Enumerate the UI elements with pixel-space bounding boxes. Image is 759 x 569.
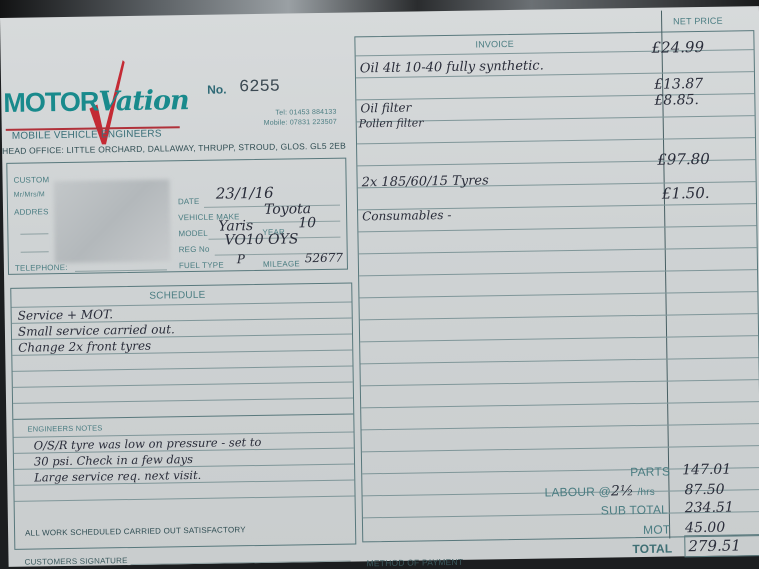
customer-title-label: Mr/Mrs/M	[14, 191, 45, 198]
customer-label: CUSTOM	[13, 175, 49, 185]
parts-label: PARTS	[630, 465, 670, 480]
rule-line	[15, 495, 355, 501]
labour-hours-value: 2½	[611, 483, 634, 499]
parts-value: 147.01	[682, 462, 731, 479]
schedule-title: SCHEDULE	[149, 290, 205, 302]
schedule-line: Change 2x front tyres	[18, 339, 151, 355]
telephone-line	[75, 269, 167, 271]
invoice-item-description: Pollen filter	[359, 116, 424, 130]
schedule-line: Service + MOT.	[18, 307, 114, 322]
head-office-address: HEAD OFFICE: LITTLE ORCHARD, DALLAWAY, T…	[2, 141, 346, 156]
fuel-type-value: P	[237, 252, 245, 266]
make-line	[246, 221, 340, 223]
date-label: DATE	[178, 197, 200, 206]
invoice-item-description: Consumables -	[362, 208, 451, 223]
total-value: 279.51	[688, 536, 741, 555]
total-label: TOTAL	[632, 542, 672, 557]
net-price-header: NET PRICE	[673, 16, 723, 27]
customer-address-label: ADDRES	[14, 207, 49, 217]
invoice-title: INVOICE	[475, 39, 514, 50]
mot-label: MOT	[643, 523, 670, 537]
engineers-note-line: 30 psi. Check in a few days	[34, 452, 193, 468]
telephone-label: TELEPHONE:	[15, 263, 68, 273]
date-value: 23/1/16	[216, 184, 274, 203]
address-line	[21, 251, 49, 252]
customer-redacted-block	[54, 179, 171, 263]
signature-line[interactable]	[131, 561, 351, 565]
rule-line	[361, 379, 759, 386]
address-line	[20, 233, 48, 234]
invoice-box: INVOICE NET PRICE Oil 4lt 10-40 fully sy…	[354, 30, 759, 542]
invoice-item-description: Oil 4lt 10-40 fully synthetic.	[360, 58, 544, 76]
schedule-line: Small service carried out.	[18, 322, 175, 338]
invoice-item-price: £8.85.	[654, 92, 699, 109]
engineers-note-line: Large service req. next visit.	[34, 468, 201, 485]
company-telephone: Tel: 01453 884133	[275, 109, 336, 117]
rule-line	[13, 366, 353, 372]
invoice-item-description: Oil filter	[360, 101, 411, 116]
logo-text-vation: Vation	[98, 85, 189, 117]
rule-line	[361, 401, 759, 408]
labour-label-prefix: LABOUR @	[544, 484, 611, 499]
rule-line	[360, 357, 758, 364]
rule-line	[359, 247, 757, 254]
labour-value: 87.50	[684, 482, 724, 499]
rule-line	[360, 313, 758, 320]
rule-line	[13, 398, 353, 404]
rule-line	[362, 423, 759, 430]
rule-line	[12, 302, 352, 308]
invoice-number: 6255	[239, 78, 280, 98]
satisfactory-statement: ALL WORK SCHEDULED CARRIED OUT SATISFACT…	[25, 525, 246, 537]
year-value: 10	[298, 215, 316, 231]
rule-line	[359, 291, 757, 298]
company-tagline: MOBILE VEHICLE ENGINEERS	[12, 128, 162, 141]
logo-text-motor: MOTOR	[3, 86, 98, 117]
reg-value: VO10 OYS	[224, 231, 298, 248]
labour-label-suffix: /hrs	[637, 487, 655, 498]
method-of-payment-label: METHOD OF PAYMENT	[367, 557, 464, 569]
rule-line	[359, 269, 757, 276]
invoice-item-price: £13.87	[654, 76, 703, 93]
mileage-label: MILEAGE	[263, 259, 300, 269]
invoice-item-price: £1.50.	[662, 184, 710, 203]
mileage-value: 52677	[305, 251, 343, 266]
invoice-item-description: 2x 185/60/15 Tyres	[362, 173, 489, 190]
company-logo: MOTORVation	[3, 85, 189, 119]
subtotal-value: 234.51	[685, 500, 734, 517]
customer-signature-label: CUSTOMERS SIGNATURE	[24, 556, 127, 567]
invoice-item-price: £24.99	[651, 38, 704, 57]
model-label: MODEL	[178, 229, 208, 238]
invoice-number-label: No.	[207, 82, 227, 96]
rule-line	[358, 225, 756, 232]
schedule-box: SCHEDULE Service + MOT. Small service ca…	[10, 283, 356, 550]
customer-vehicle-box: CUSTOM Mr/Mrs/M ADDRES TELEPHONE: DATE 2…	[6, 158, 348, 275]
subtotal-label: SUB TOTAL	[601, 503, 668, 518]
engineers-notes-title: ENGINEERS NOTES	[27, 423, 102, 433]
rule-line	[357, 137, 755, 144]
rule-line	[13, 382, 353, 388]
fuel-type-label: FUEL TYPE	[179, 261, 224, 271]
reg-label: REG No	[179, 245, 210, 254]
company-mobile: Mobile: 07831 223507	[264, 119, 337, 127]
labour-label: LABOUR @2½ /hrs	[544, 483, 655, 501]
invoice-item-price: £97.80	[657, 150, 710, 169]
rule-line	[362, 445, 759, 452]
rule-line	[360, 335, 758, 342]
rule-line	[13, 414, 353, 420]
invoice-paper: MOTORVation MOBILE VEHICLE ENGINEERS HEA…	[0, 6, 759, 567]
